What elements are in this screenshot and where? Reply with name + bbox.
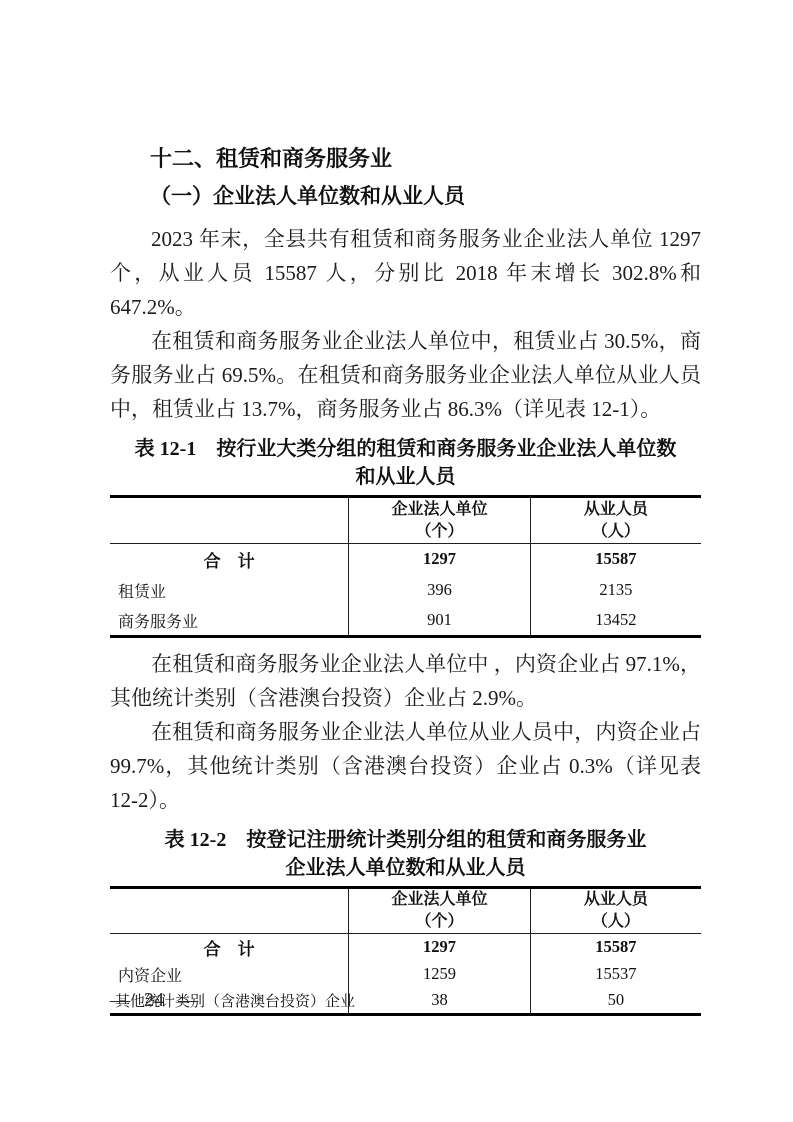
- persons-value: 2135: [530, 575, 701, 606]
- table-12-1-empty-header-cell: [110, 497, 349, 544]
- table-12-2-title-line1: 表 12-2 按登记注册统计类别分组的租赁和商务服务业: [110, 826, 701, 854]
- persons-value: 15537: [530, 961, 701, 988]
- table-12-2-title: 表 12-2 按登记注册统计类别分组的租赁和商务服务业 企业法人单位数和从业人员: [110, 826, 701, 882]
- document-content: 十二、租赁和商务服务业 （一）企业法人单位数和从业人员 2023 年末，全县共有…: [110, 147, 701, 1016]
- table-row-business-services: 商务服务业 901 13452: [110, 606, 701, 637]
- table-12-1-title-line1: 表 12-1 按行业大类分组的租赁和商务服务业企业法人单位数: [110, 435, 701, 463]
- paragraph-industry-share: 在租赁和商务服务业企业法人单位中，租赁业占 30.5%，商务服务业占 69.5%…: [110, 324, 701, 426]
- units-value: 38: [349, 988, 530, 1015]
- table-12-2-empty-header-cell: [110, 888, 349, 934]
- section-heading: 十二、租赁和商务服务业: [110, 147, 701, 171]
- table-12-1-title: 表 12-1 按行业大类分组的租赁和商务服务业企业法人单位数 和从业人员: [110, 435, 701, 491]
- units-value: 901: [349, 606, 530, 637]
- table-12-2-title-line2: 企业法人单位数和从业人员: [110, 854, 701, 882]
- table-row-total: 合 计 1297 15587: [110, 934, 701, 961]
- table-12-1-title-line2: 和从业人员: [110, 463, 701, 491]
- table-12-2-persons-header-cell: 从业人员 （人）: [530, 888, 701, 934]
- table-row-leasing: 租赁业 396 2135: [110, 575, 701, 606]
- table-row-total: 合 计 1297 15587: [110, 544, 701, 575]
- row-label: 租赁业: [110, 575, 349, 606]
- row-label: 合 计: [110, 544, 349, 575]
- persons-value: 50: [530, 988, 701, 1015]
- table-12-1: 企业法人单位 （个） 从业人员 （人） 合 计 1297 15587 租赁业: [110, 495, 701, 638]
- paragraph-registration-units: 在租赁和商务服务业企业法人单位中 ，内资企业占 97.1%，其他统计类别（含港澳…: [110, 647, 701, 715]
- units-value: 1297: [349, 934, 530, 961]
- subsection-heading: （一）企业法人单位数和从业人员: [110, 184, 701, 208]
- persons-value: 13452: [530, 606, 701, 637]
- units-value: 396: [349, 575, 530, 606]
- paragraph-overview: 2023 年末，全县共有租赁和商务服务业企业法人单位 1297 个，从业人员 1…: [110, 222, 701, 324]
- units-value: 1297: [349, 544, 530, 575]
- units-header-label: 企业法人单位: [349, 499, 529, 521]
- persons-value: 15587: [530, 934, 701, 961]
- page-number: — 24 —: [110, 989, 198, 1012]
- persons-header-label: 从业人员: [531, 889, 701, 911]
- table-12-1-units-header-cell: 企业法人单位 （个）: [349, 497, 530, 544]
- table-12-2-header-row: 企业法人单位 （个） 从业人员 （人）: [110, 888, 701, 934]
- row-label: 内资企业: [110, 961, 349, 988]
- persons-header-unit: （人）: [531, 521, 701, 543]
- document-page: 十二、租赁和商务服务业 （一）企业法人单位数和从业人员 2023 年末，全县共有…: [0, 0, 793, 1122]
- units-header-unit: （个）: [349, 911, 529, 933]
- row-label: 合 计: [110, 934, 349, 961]
- persons-header-unit: （人）: [531, 911, 701, 933]
- row-label: 商务服务业: [110, 606, 349, 637]
- units-header-unit: （个）: [349, 521, 529, 543]
- units-header-label: 企业法人单位: [349, 889, 529, 911]
- table-row-domestic: 内资企业 1259 15537: [110, 961, 701, 988]
- units-value: 1259: [349, 961, 530, 988]
- table-12-1-persons-header-cell: 从业人员 （人）: [530, 497, 701, 544]
- table-row-other-categories: 其他统计类别（含港澳台投资）企业 38 50: [110, 988, 701, 1015]
- persons-value: 15587: [530, 544, 701, 575]
- table-12-1-header-row: 企业法人单位 （个） 从业人员 （人）: [110, 497, 701, 544]
- paragraph-registration-persons: 在租赁和商务服务业企业法人单位从业人员中，内资企业占 99.7%，其他统计类别（…: [110, 715, 701, 817]
- table-12-2: 企业法人单位 （个） 从业人员 （人） 合 计 1297 15587 内资企业: [110, 886, 701, 1016]
- table-12-2-units-header-cell: 企业法人单位 （个）: [349, 888, 530, 934]
- persons-header-label: 从业人员: [531, 499, 701, 521]
